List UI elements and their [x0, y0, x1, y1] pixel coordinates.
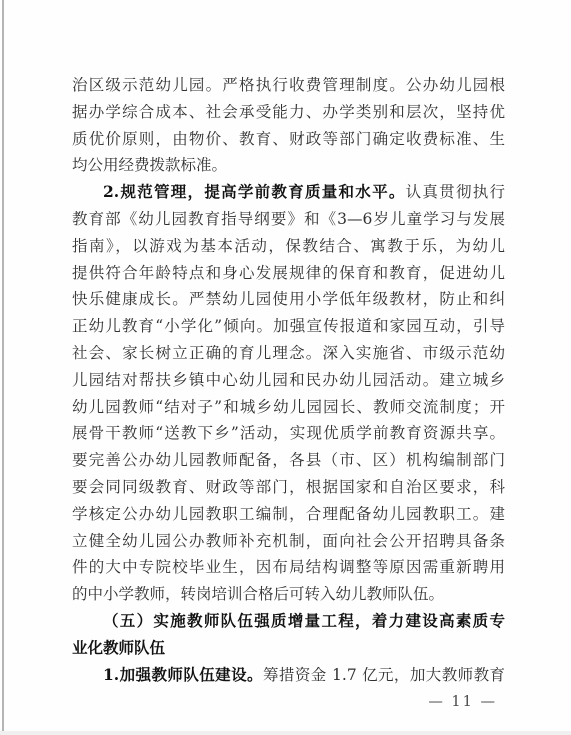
text-segment: 要完善公办幼儿园教师配备，各县（市、区）机构编制部门 [72, 451, 505, 469]
page-number: — 11 — [428, 694, 497, 710]
text-line: 社会、家长树立正确的育儿理念。深入实施省、市级示范幼 [72, 340, 505, 367]
text-line: 正幼儿教育“小学化”倾向。加强宣传报道和家园互动，引导 [72, 313, 505, 340]
text-line: 要完善公办幼儿园教师配备，各县（市、区）机构编制部门 [72, 447, 505, 474]
text-line: 学核定公办幼儿园教职工编制，合理配备幼儿园教职工。建 [72, 501, 505, 528]
text-line: 幼儿园教师“结对子”和城乡幼儿园园长、教师交流制度；开 [72, 394, 505, 421]
text-segment: 治区级示范幼儿园。严格执行收费管理制度。公办幼儿园根 [72, 76, 505, 94]
text-segment: 快乐健康成长。严禁幼儿园使用小学低年级教材，防止和纠 [72, 290, 505, 308]
text-segment: 质优价原则，由物价、教育、财政等部门确定收费标准、生 [72, 130, 505, 148]
text-line: 要会同同级教育、财政等部门，根据国家和自治区要求，科 [72, 474, 505, 501]
text-line: 提供符合年龄特点和身心发展规律的保育和教育，促进幼儿 [72, 260, 505, 287]
text-segment: 筹措资金 1.7 亿元，加大教师教育 [263, 666, 505, 684]
text-line: 快乐健康成长。严禁幼儿园使用小学低年级教材，防止和纠 [72, 286, 505, 313]
text-line: 2.规范管理，提高学前教育质量和水平。认真贯彻执行 [72, 179, 505, 206]
text-segment: 认真贯彻执行 [406, 183, 505, 201]
text-segment: 正幼儿教育“小学化”倾向。加强宣传报道和家园互动，引导 [72, 317, 505, 335]
text-line: 指南》，以游戏为基本活动，保教结合、寓教于乐，为幼儿 [72, 233, 505, 260]
document-body: 治区级示范幼儿园。严格执行收费管理制度。公办幼儿园根据办学综合成本、社会承受能力… [72, 72, 505, 688]
text-segment: 件的大中专院校毕业生，因布局结构调整等原因需重新聘用 [72, 558, 505, 576]
text-segment: 幼儿园教师“结对子”和城乡幼儿园园长、教师交流制度；开 [72, 398, 505, 416]
text-line: 立健全幼儿园公办教师补充机制，面向社会公开招聘具备条 [72, 528, 505, 555]
text-line: 治区级示范幼儿园。严格执行收费管理制度。公办幼儿园根 [72, 72, 505, 99]
text-line: 1.加强教师队伍建设。筹措资金 1.7 亿元，加大教师教育 [72, 662, 505, 689]
text-line: 件的大中专院校毕业生，因布局结构调整等原因需重新聘用 [72, 554, 505, 581]
text-line: 业化教师队伍 [72, 635, 505, 662]
text-line: 教育部《幼儿园教育指导纲要》和《3—6岁儿童学习与发展 [72, 206, 505, 233]
text-segment: 据办学综合成本、社会承受能力、办学类别和层次，坚持优 [72, 103, 505, 121]
text-segment: 均公用经费拨款标准。 [72, 156, 227, 174]
text-segment: 的中小学教师，转岗培训合格后可转入幼儿教师队伍。 [72, 585, 444, 603]
text-segment: 教育部《幼儿园教育指导纲要》和《3—6岁儿童学习与发展 [72, 210, 505, 228]
text-line: 的中小学教师，转岗培训合格后可转入幼儿教师队伍。 [72, 581, 505, 608]
bold-text-segment: 业化教师队伍 [72, 638, 165, 657]
text-line: 据办学综合成本、社会承受能力、办学类别和层次，坚持优 [72, 99, 505, 126]
text-segment: 学核定公办幼儿园教职工编制，合理配备幼儿园教职工。建 [72, 505, 505, 523]
bold-text-segment: 2.规范管理，提高学前教育质量和水平。 [103, 182, 406, 201]
text-segment: 儿园结对帮扶乡镇中心幼儿园和民办幼儿园活动。建立城乡 [72, 371, 505, 389]
text-segment: 展骨干教师“送教下乡”活动，实现优质学前教育资源共享。 [72, 424, 505, 442]
scan-bottom-shadow [0, 731, 571, 735]
text-line: 儿园结对帮扶乡镇中心幼儿园和民办幼儿园活动。建立城乡 [72, 367, 505, 394]
text-segment: 社会、家长树立正确的育儿理念。深入实施省、市级示范幼 [72, 344, 505, 362]
text-line: 展骨干教师“送教下乡”活动，实现优质学前教育资源共享。 [72, 420, 505, 447]
text-segment: 立健全幼儿园公办教师补充机制，面向社会公开招聘具备条 [72, 532, 505, 550]
bold-text-segment: 1.加强教师队伍建设。 [103, 665, 263, 684]
text-segment: 要会同同级教育、财政等部门，根据国家和自治区要求，科 [72, 478, 505, 496]
bold-text-segment: （五）实施教师队伍强质增量工程，着力建设高素质专 [103, 611, 505, 630]
document-page: 治区级示范幼儿园。严格执行收费管理制度。公办幼儿园根据办学综合成本、社会承受能力… [0, 0, 571, 735]
text-line: （五）实施教师队伍强质增量工程，着力建设高素质专 [72, 608, 505, 635]
text-line: 均公用经费拨款标准。 [72, 152, 505, 179]
text-segment: 提供符合年龄特点和身心发展规律的保育和教育，促进幼儿 [72, 264, 505, 282]
text-segment: 指南》，以游戏为基本活动，保教结合、寓教于乐，为幼儿 [72, 237, 505, 255]
text-line: 质优价原则，由物价、教育、财政等部门确定收费标准、生 [72, 126, 505, 153]
scan-edge-line [2, 0, 4, 735]
